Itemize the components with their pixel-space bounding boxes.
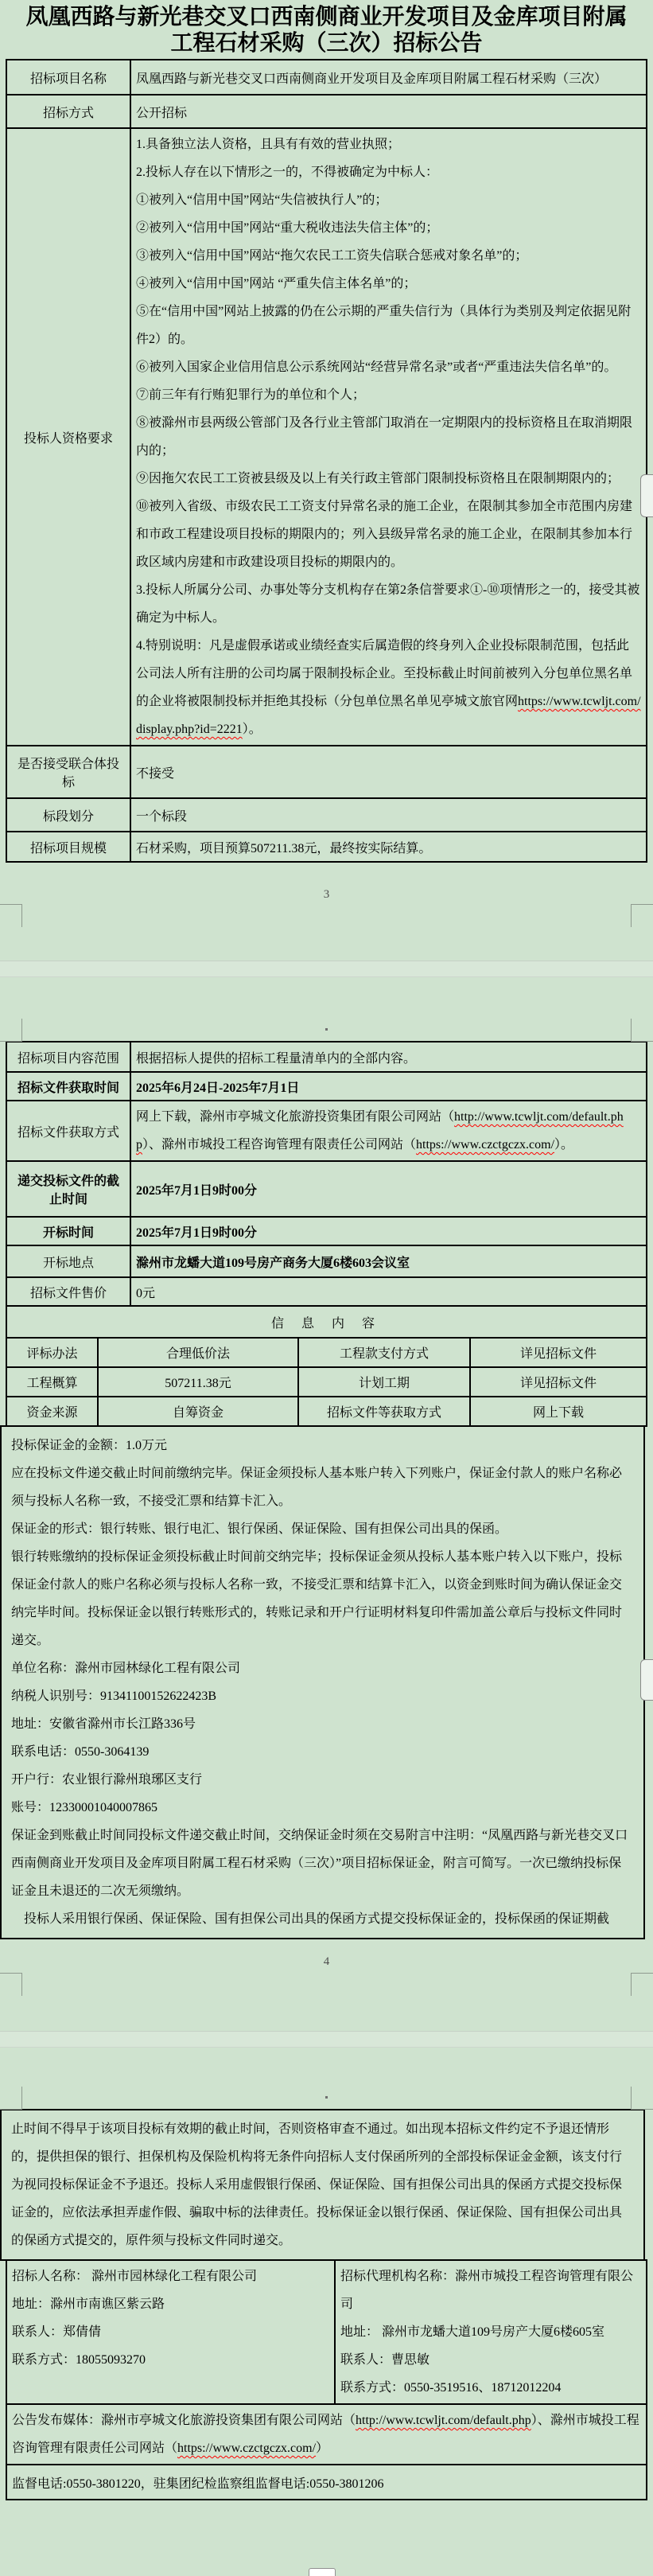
bid-opening-time-value: 2025年7月1日9时00分 xyxy=(130,1217,647,1245)
table-row: 标段划分 一个标段 xyxy=(6,798,647,832)
qualification-paragraphs: 1.具备独立法人资格，且具有有效的营业执照；2.投标人存在以下情形之一的，不得被… xyxy=(130,128,647,746)
info-grid-body: 评标办法合理低价法工程款支付方式详见招标文件工程概算507211.38元计划工期… xyxy=(6,1338,647,1426)
info-grid-cell: 详见招标文件 xyxy=(470,1338,647,1367)
paragraph: ④被列入“信用中国”网站 “严重失信主体名单”的； xyxy=(136,270,641,298)
bid-deposit-text-part-b: 止时间不得早于该项目投标有效期的截止时间，否则资格审查不通过。如出现本招标文件约… xyxy=(0,2109,645,2261)
joint-bid-label: 是否接受联合体投标 xyxy=(6,746,130,798)
submission-deadline-label: 递交投标文件的截止时间 xyxy=(6,1161,130,1217)
url-text: http://www.tcwljt.com/default.php xyxy=(356,2414,531,2427)
doc-obtain-way-label: 招标文件获取方式 xyxy=(6,1101,130,1161)
section-division-value: 一个标段 xyxy=(130,798,647,832)
agency-contact-block: 招标代理机构名称：滁州市城投工程咨询管理有限公司地址： 滁州市龙蟠大道109号房… xyxy=(335,2260,647,2404)
bid-opening-time-label: 开标时间 xyxy=(6,1217,130,1245)
page-break-gap: 4 xyxy=(0,1939,653,2109)
table-row: 是否接受联合体投标 不接受 xyxy=(6,746,647,798)
paragraph: ⑧被滁州市县两级公管部门及各行业主管部门取消在一定期限内的投标资格且在取消期限内… xyxy=(136,409,641,465)
tender-summary-table: 招标项目名称 凤凰西路与新光巷交叉口西南侧商业开发项目及金库项目附属工程石材采购… xyxy=(6,59,647,863)
submission-deadline-value: 2025年7月1日9时00分 xyxy=(130,1161,647,1217)
supervision-phone-cell: 监督电话:0550-3801220，驻集团纪检监察组监督电话:0550-3801… xyxy=(6,2465,647,2500)
paragraph: 联系方式：0550-3519516、18712012204 xyxy=(340,2374,641,2402)
table-row: 招标人名称： 滁州市园林绿化工程有限公司地址：滁州市南谯区紫云路联系人：郑倩倩联… xyxy=(6,2260,647,2404)
paragraph: 单位名称：滁州市园林绿化工程有限公司 xyxy=(11,1654,634,1682)
paragraph: ⑥被列入国家企业信用信息公示系统网站“经营异常名录”或者“严重违法失信名单”的。 xyxy=(136,353,641,381)
paragraph: 地址：安徽省滁州市长江路336号 xyxy=(11,1710,634,1738)
info-grid-cell: 自筹资金 xyxy=(98,1397,298,1426)
doc-price-label: 招标文件售价 xyxy=(6,1277,130,1306)
project-name-value: 凤凰西路与新光巷交叉口西南侧商业开发项目及金库项目附属工程石材采购（三次） xyxy=(130,60,647,95)
url-text: https://www.czctgczx.com/ xyxy=(416,1138,554,1152)
paragraph: 投标人采用银行保函、保证保险、国有担保公司出具的保函方式提交投标保证金的，投标保… xyxy=(11,1905,634,1933)
page-separator-band xyxy=(0,2031,653,2048)
tender-announcement-document: { "colors": { "page_bg": "#cfe3cf", "pag… xyxy=(0,0,653,2576)
contacts-table: 招标人名称： 滁州市园林绿化工程有限公司地址：滁州市南谯区紫云路联系人：郑倩倩联… xyxy=(6,2259,647,2500)
table-row: 公告发布媒体：滁州市亭城文化旅游投资集团有限公司网站（http://www.tc… xyxy=(6,2404,647,2465)
table-row: 评标办法合理低价法工程款支付方式详见招标文件 xyxy=(6,1338,647,1367)
announcement-media-cell: 公告发布媒体：滁州市亭城文化旅游投资集团有限公司网站（http://www.tc… xyxy=(6,2404,647,2465)
page-corner-mark xyxy=(631,2087,653,2110)
doc-obtain-time-value: 2025年6月24日-2025年7月1日 xyxy=(130,1072,647,1101)
paragraph: 银行转账缴纳的投标保证金须投标截止时间前交纳完毕；投标保证金须从投标人基本账户转… xyxy=(11,1543,634,1654)
paragraph: 地址： 滁州市龙蟠大道109号房产大厦6楼605室 xyxy=(340,2318,641,2346)
tender-method-value: 公开招标 xyxy=(130,95,647,128)
page-number: 3 xyxy=(0,888,653,902)
url-text: https://www.czctgczx.com/ xyxy=(177,2442,316,2455)
paragraph: 止时间不得早于该项目投标有效期的截止时间，否则资格审查不通过。如出现本招标文件约… xyxy=(11,2115,634,2254)
paragraph: 1.具备独立法人资格，且具有有效的营业执照； xyxy=(136,131,641,158)
page-corner-mark xyxy=(631,1019,653,1042)
table-row: 资金来源自筹资金招标文件等获取方式网上下载 xyxy=(6,1397,647,1426)
table-row: 招标项目规模 石材采购，项目预算507211.38元，最终按实际结算。 xyxy=(6,832,647,862)
paragraph: ②被列入“信用中国”网站“重大税收违法失信主体”的； xyxy=(136,214,641,242)
paragraph: 保证金到账截止时间同投标文件递交截止时间，交纳保证金时须在交易附言中注明：“凤凰… xyxy=(11,1822,634,1905)
paragraph: 联系电话：0550-3064139 xyxy=(11,1738,634,1766)
paragraph: 联系人：曹思敏 xyxy=(340,2346,641,2374)
paragraph: 4.特别说明：凡是虚假承诺或业绩经查实后属造假的终身列入企业投标限制范围，包括此… xyxy=(136,632,641,743)
paragraph: ③被列入“信用中国”网站“拖欠农民工工资失信联合惩戒对象名单”的； xyxy=(136,242,641,270)
paragraph: 联系人：郑倩倩 xyxy=(12,2318,329,2346)
section-division-label: 标段划分 xyxy=(6,798,130,832)
info-grid-cell: 合理低价法 xyxy=(98,1338,298,1367)
paragraph: 联系方式：18055093270 xyxy=(12,2346,329,2374)
info-grid-cell: 评标办法 xyxy=(6,1338,98,1367)
paragraph: 地址：滁州市南谯区紫云路 xyxy=(12,2290,329,2318)
page-corner-mark xyxy=(0,1973,22,1996)
info-grid-cell: 工程概算 xyxy=(6,1367,98,1397)
paragraph: 招标人名称： 滁州市园林绿化工程有限公司 xyxy=(12,2262,329,2290)
paragraph: 账号：12330001040007865 xyxy=(11,1794,634,1822)
project-scale-value: 石材采购，项目预算507211.38元，最终按实际结算。 xyxy=(130,832,647,862)
info-grid-cell: 507211.38元 xyxy=(98,1367,298,1397)
page-corner-mark xyxy=(0,1019,22,1042)
info-grid-cell: 资金来源 xyxy=(6,1397,98,1426)
table-row: 监督电话:0550-3801220，驻集团纪检监察组监督电话:0550-3801… xyxy=(6,2465,647,2500)
table-row: 招标项目内容范围 根据招标人提供的招标工程量清单内的全部内容。 xyxy=(6,1042,647,1072)
paragraph: 2.投标人存在以下情形之一的，不得被确定为中标人： xyxy=(136,158,641,186)
page-popup-fragment[interactable] xyxy=(309,2568,336,2576)
tender-method-label: 招标方式 xyxy=(6,95,130,128)
paragraph: ⑩被列入省级、市级农民工工资支付异常名录的施工企业，在限制其参加全市范围内房建和… xyxy=(136,493,641,576)
table-row: 招标项目名称 凤凰西路与新光巷交叉口西南侧商业开发项目及金库项目附属工程石材采购… xyxy=(6,60,647,95)
table-row: 招标文件售价 0元 xyxy=(6,1277,647,1306)
paragraph: ⑤在“信用中国”网站上披露的仍在公示期的严重失信行为（具体行为类别及判定依据见附… xyxy=(136,298,641,353)
content-scope-value: 根据招标人提供的招标工程量清单内的全部内容。 xyxy=(130,1042,647,1072)
header-dot xyxy=(325,2096,328,2099)
paragraph: ⑨因拖欠农民工工资被县级及以上有关行政主管部门限制投标资格且在限制期限内的； xyxy=(136,465,641,493)
info-grid-cell: 招标文件等获取方式 xyxy=(298,1397,470,1426)
paragraph: 纳税人识别号：91341100152622423B xyxy=(11,1682,634,1710)
table-row: 工程概算507211.38元计划工期详见招标文件 xyxy=(6,1367,647,1397)
doc-price-value: 0元 xyxy=(130,1277,647,1306)
paragraph: 招标代理机构名称：滁州市城投工程咨询管理有限公司 xyxy=(340,2262,641,2318)
table-row: 信 息 内 容 xyxy=(6,1306,647,1338)
paragraph: 应在投标文件递交截止时间前缴纳完毕。保证金须投标人基本账户转入下列账户，保证金付… xyxy=(11,1459,634,1515)
bid-opening-place-value: 滁州市龙蟠大道109号房产商务大厦6楼603会议室 xyxy=(130,1245,647,1277)
content-scope-label: 招标项目内容范围 xyxy=(6,1042,130,1072)
header-dot xyxy=(325,1028,328,1031)
page-number: 4 xyxy=(0,1955,653,1969)
paragraph: ①被列入“信用中国”网站“失信被执行人”的； xyxy=(136,186,641,214)
info-content-header: 信 息 内 容 xyxy=(6,1306,647,1338)
paragraph: 开户行：农业银行滁州琅琊区支行 xyxy=(11,1766,634,1794)
info-grid-cell: 工程款支付方式 xyxy=(298,1338,470,1367)
page-separator-band xyxy=(0,961,653,977)
url-text: https://www.tcwljt.com/display.php?id=22… xyxy=(136,695,641,736)
page-corner-mark xyxy=(0,904,22,927)
paragraph: 保证金的形式：银行转账、银行电汇、银行保函、保证保险、国有担保公司出具的保函。 xyxy=(11,1515,634,1543)
info-grid-cell: 详见招标文件 xyxy=(470,1367,647,1397)
page-corner-mark xyxy=(631,1973,653,1996)
table-row: 投标人资格要求 1.具备独立法人资格，且具有有效的营业执照；2.投标人存在以下情… xyxy=(6,128,647,746)
paragraph: 3.投标人所属分公司、办事处等分支机构存在第2条信誉要求①-⑩项情形之一的，接受… xyxy=(136,576,641,632)
joint-bid-value: 不接受 xyxy=(130,746,647,798)
info-grid-cell: 计划工期 xyxy=(298,1367,470,1397)
page-corner-mark xyxy=(0,2087,22,2110)
bid-opening-place-label: 开标地点 xyxy=(6,1245,130,1277)
scrollbar-thumb[interactable] xyxy=(640,1659,653,1701)
info-grid-cell: 网上下载 xyxy=(470,1397,647,1426)
page-corner-mark xyxy=(631,904,653,927)
table-row: 招标文件获取方式 网上下载，滁州市亭城文化旅游投资集团有限公司网站（http:/… xyxy=(6,1101,647,1161)
table-row: 开标时间 2025年7月1日9时00分 xyxy=(6,1217,647,1245)
project-scale-label: 招标项目规模 xyxy=(6,832,130,862)
page-title: 凤凰西路与新光巷交叉口西南侧商业开发项目及金库项目附属工程石材采购（三次）招标公… xyxy=(0,0,653,59)
doc-obtain-way-value: 网上下载，滁州市亭城文化旅游投资集团有限公司网站（http://www.tcwl… xyxy=(130,1101,647,1161)
info-grid-table: 评标办法合理低价法工程款支付方式详见招标文件工程概算507211.38元计划工期… xyxy=(6,1337,647,1427)
table-row: 招标方式 公开招标 xyxy=(6,95,647,128)
qualification-label: 投标人资格要求 xyxy=(6,128,130,746)
project-name-label: 招标项目名称 xyxy=(6,60,130,95)
paragraph: ⑦前三年有行贿犯罪行为的单位和个人； xyxy=(136,381,641,409)
table-row: 开标地点 滁州市龙蟠大道109号房产商务大厦6楼603会议室 xyxy=(6,1245,647,1277)
table-row: 招标文件获取时间 2025年6月24日-2025年7月1日 xyxy=(6,1072,647,1101)
doc-obtain-time-label: 招标文件获取时间 xyxy=(6,1072,130,1101)
page-break-gap: 3 xyxy=(0,863,653,1041)
table-row: 递交投标文件的截止时间 2025年7月1日9时00分 xyxy=(6,1161,647,1217)
scrollbar-thumb[interactable] xyxy=(640,474,653,517)
tenderer-contact-block: 招标人名称： 滁州市园林绿化工程有限公司地址：滁州市南谯区紫云路联系人：郑倩倩联… xyxy=(6,2260,335,2404)
paragraph: 投标保证金的金额：1.0万元 xyxy=(11,1432,634,1459)
tender-detail-table: 招标项目内容范围 根据招标人提供的招标工程量清单内的全部内容。 招标文件获取时间… xyxy=(6,1041,647,1339)
bid-deposit-text-part-a: 投标保证金的金额：1.0万元应在投标文件递交截止时间前缴纳完毕。保证金须投标人基… xyxy=(0,1425,645,1939)
